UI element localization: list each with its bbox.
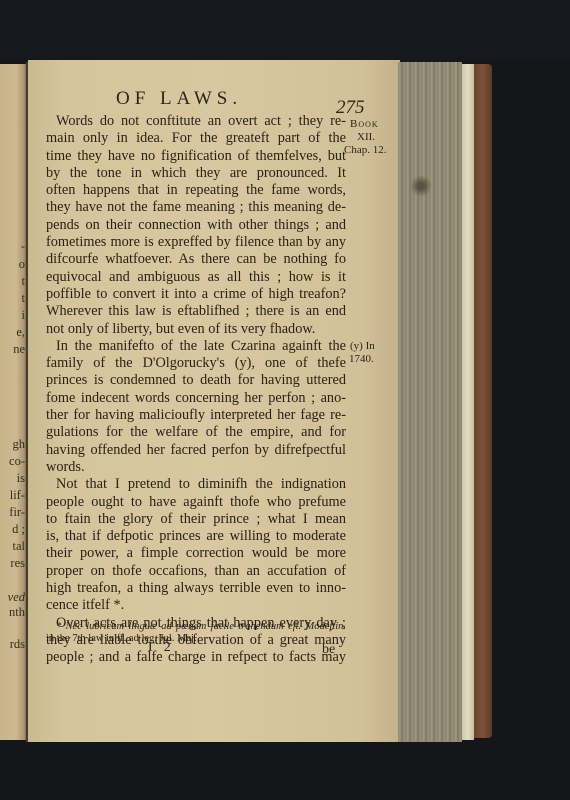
text-line: cence itfelf *.: [46, 597, 346, 614]
text-line: Wherever this law is eftablifhed ; there…: [46, 303, 346, 320]
text-line: time they have no fignification of themf…: [46, 148, 346, 165]
text-line: by the tone in which they are pronounced…: [46, 165, 346, 182]
left-fragment: -: [21, 239, 25, 253]
text-line: people ought to have againft thofe who p…: [46, 494, 346, 511]
text-line: not only of liberty, but even of its ver…: [46, 321, 346, 338]
left-fragment: i: [22, 308, 25, 322]
text-line: Words do not conftitute an overt act ; t…: [46, 113, 346, 130]
left-fragment: tal: [13, 539, 26, 553]
endpaper-edge: [462, 64, 474, 740]
body-text: Words do not conftitute an overt act ; t…: [46, 113, 346, 667]
left-fragment: fir-: [9, 505, 25, 519]
text-line: having offended her facred perfon by dif…: [46, 442, 346, 459]
left-fragment: is: [17, 471, 25, 485]
left-fragment: gh: [13, 437, 26, 451]
text-line: their power, a fimple correction would b…: [46, 545, 346, 562]
signature-mark: T 2: [146, 640, 174, 656]
text-line: equivocal and ambiguous as all this ; ho…: [46, 269, 346, 286]
margin-note-book-number: XII.: [357, 131, 375, 144]
text-line: In the manifefto of the late Czarina aga…: [46, 338, 346, 355]
left-fragment: nth: [9, 605, 25, 619]
left-fragment: e,: [16, 325, 25, 339]
leather-cover: [474, 64, 492, 738]
text-line: poffible to convert it into a crime of h…: [46, 286, 346, 303]
margin-note-footnote-marker: (y) In: [350, 340, 375, 353]
text-line: high treafon, a thing always terrible ev…: [46, 580, 346, 597]
text-line: pends on their connection with other thi…: [46, 217, 346, 234]
left-fragment: ved: [8, 590, 25, 604]
text-line: family of the D'Olgorucky's (y), one of …: [46, 355, 346, 372]
text-line: proper on thofe occafions, than an accuf…: [46, 563, 346, 580]
margin-note-year: 1740.: [349, 353, 374, 366]
text-line: gulations for the welfare of the empire,…: [46, 424, 346, 441]
text-line: people ; and a falfe charge in refpect t…: [46, 649, 346, 666]
previous-page-edge: - o t t i e, ne gh co- is lif- fir- d ; …: [0, 64, 27, 740]
left-fragment: t: [22, 274, 25, 288]
left-fragment: lif-: [10, 488, 25, 502]
text-line: words.: [46, 459, 346, 476]
text-line: main only in idea. For the greateft part…: [46, 130, 346, 147]
text-line: fometimes more is expreffed by filence t…: [46, 234, 346, 251]
text-line: fome indecent words concerning her perfo…: [46, 390, 346, 407]
left-fragment: co-: [9, 454, 25, 468]
text-line: they have not the fame meaning ; this me…: [46, 199, 346, 216]
footnote-line: in the 7th law in ff. ad leg. Jul. Maj.: [46, 633, 346, 645]
margin-note-book: Book: [350, 118, 379, 131]
left-fragment: o: [19, 257, 25, 271]
left-fragment: rds: [10, 637, 25, 651]
dark-background: [0, 0, 570, 62]
left-fragment: res: [10, 556, 25, 570]
left-fragment: ne: [13, 342, 25, 356]
footnote-line: * Nec lubricum linguæ ad pœnam facile tr…: [46, 621, 346, 633]
running-head: OF LAWS.: [116, 88, 242, 110]
text-line: often happens that in repeating the fame…: [46, 182, 346, 199]
stain-mark: [410, 175, 432, 197]
text-line: is, that if defpotic princes are willing…: [46, 528, 346, 545]
text-line: to ftain the glory of their prince ; wha…: [46, 511, 346, 528]
left-fragment: d ;: [12, 522, 25, 536]
margin-note-chapter: Chap. 12.: [344, 144, 386, 157]
text-line: difcourfe whatfoever. As there can be no…: [46, 251, 346, 268]
text-line: Not that I pretend to diminifh the indig…: [46, 476, 346, 493]
footnote: * Nec lubricum linguæ ad pœnam facile tr…: [46, 621, 346, 645]
left-fragment: t: [22, 291, 25, 305]
text-line: princes is condemned to death for having…: [46, 372, 346, 389]
page-block-edges: [398, 62, 462, 742]
catchword: be: [322, 642, 335, 658]
text-line: ther for having malicioufly interpreted …: [46, 407, 346, 424]
